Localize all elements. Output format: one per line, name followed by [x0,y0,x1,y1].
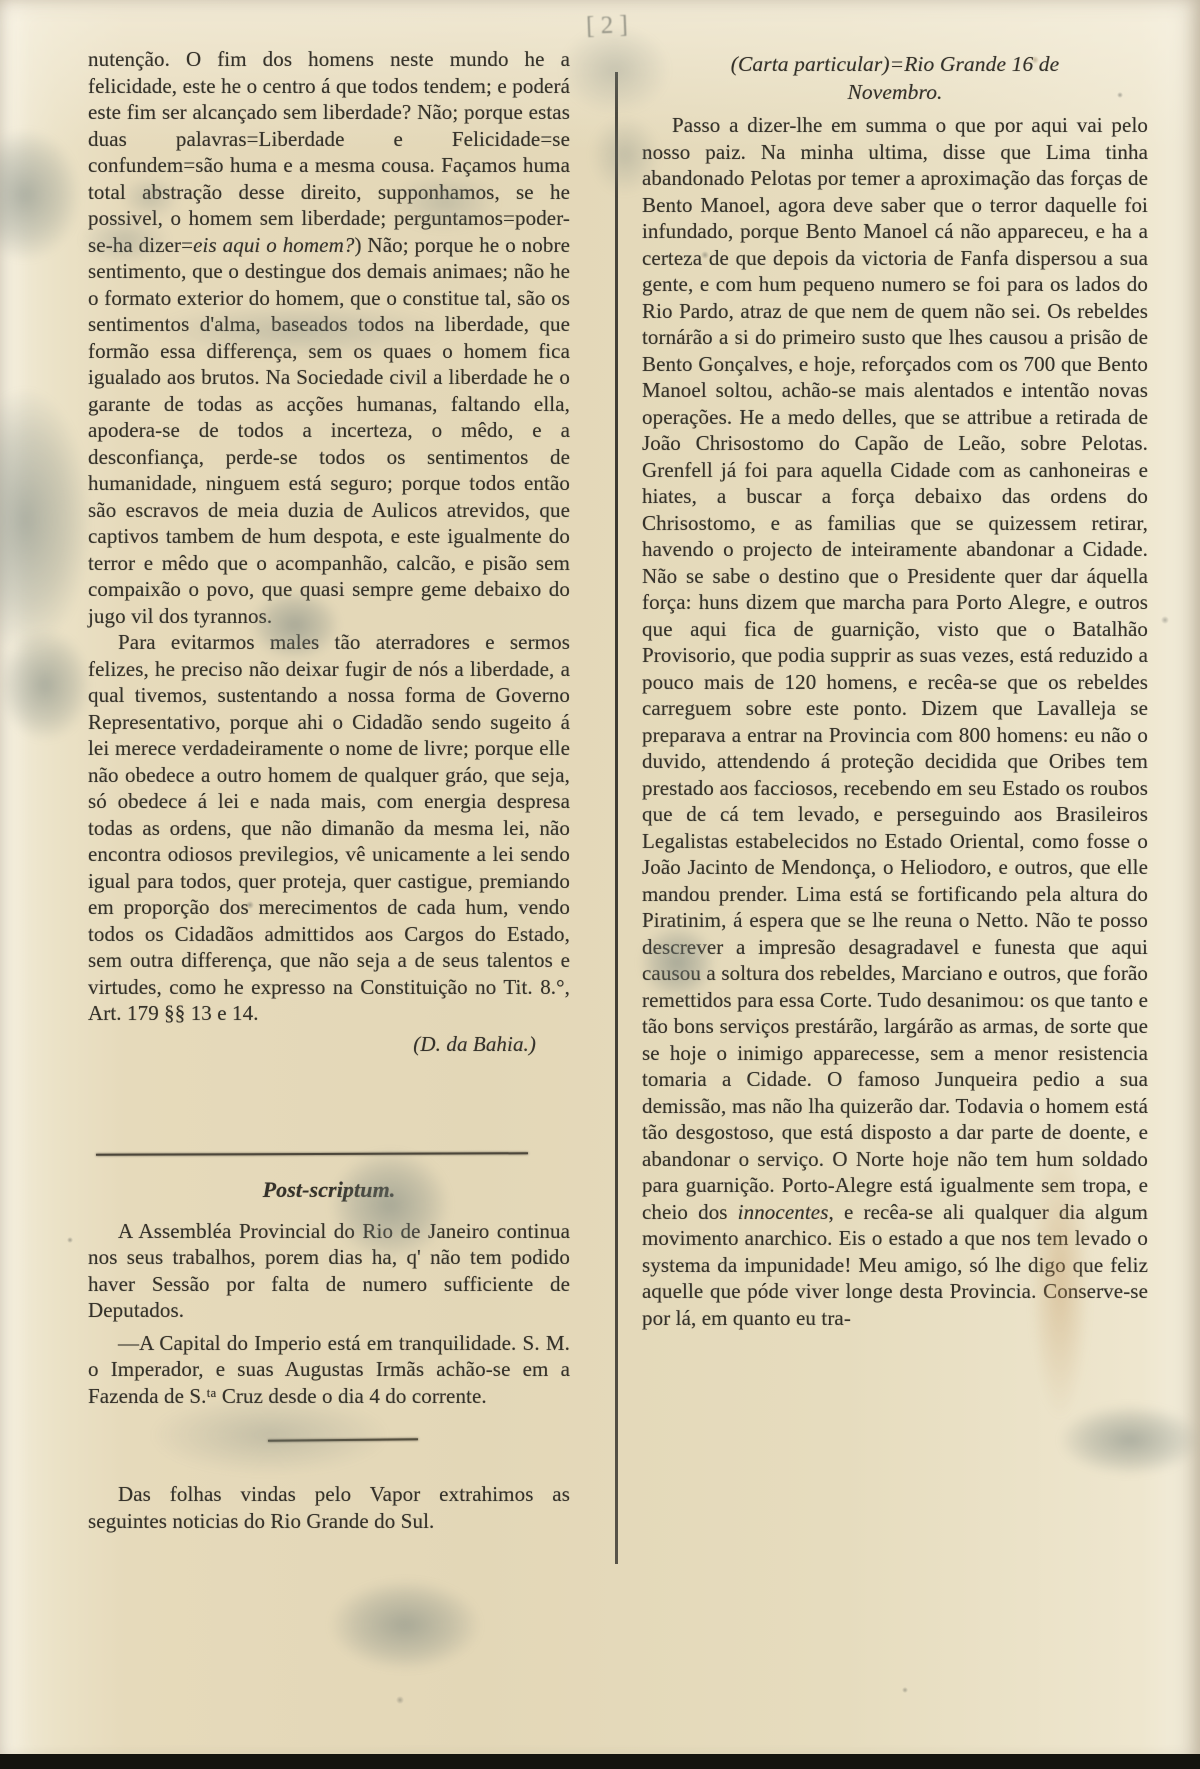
column-divider-rule [615,72,618,1564]
letter-heading: (Carta particular)=Rio Grande 16 deNovem… [642,50,1148,106]
paper-stain [1060,1405,1200,1475]
article-signature: (D. da Bahia.) [88,1031,570,1058]
paper-stain [330,1580,480,1670]
section-divider-rule [96,1152,528,1156]
paper-stain [0,130,80,260]
article-text: nutenção. O fim dos homens neste mundo h… [88,47,570,257]
postscript-heading: Post-scriptum. [88,1177,570,1204]
short-divider-rule [268,1438,418,1442]
letter-body: Passo a dizer-lhe em summa o que por aqu… [642,112,1148,1331]
paper-stain [0,390,90,650]
letter-heading-line1: (Carta particular)=Rio Grande 16 de [731,52,1060,76]
letter-heading-line2: Novembro. [847,80,942,104]
letter-text: Passo a dizer-lhe em summa o que por aqu… [642,113,1148,1224]
article-text-italic: eis aqui o homem? [193,233,354,257]
postscript-paragraph: A Assembléa Provincial do Rio de Janeiro… [88,1218,570,1324]
news-intro-paragraph: Das folhas vindas pelo Vapor extrahimos … [88,1481,570,1534]
page-number: [ 2 ] [552,10,663,42]
right-column: (Carta particular)=Rio Grande 16 deNovem… [642,50,1148,1331]
newspaper-page: [ 2 ] nutenção. O fim dos homens neste m… [0,0,1200,1769]
article-text: ) Não; porque he o nobre sentimento, que… [88,233,570,628]
letter-text-italic: innocentes [738,1200,829,1224]
scan-bottom-edge [0,1754,1200,1769]
article-paragraph: nutenção. O fim dos homens neste mundo h… [88,46,570,629]
paper-stain [0,630,90,740]
left-column: nutenção. O fim dos homens neste mundo h… [88,46,570,1534]
article-paragraph: Para evitarmos males tão aterradores e s… [88,629,570,1027]
postscript-paragraph: —A Capital do Imperio está em tranquilid… [88,1330,570,1410]
